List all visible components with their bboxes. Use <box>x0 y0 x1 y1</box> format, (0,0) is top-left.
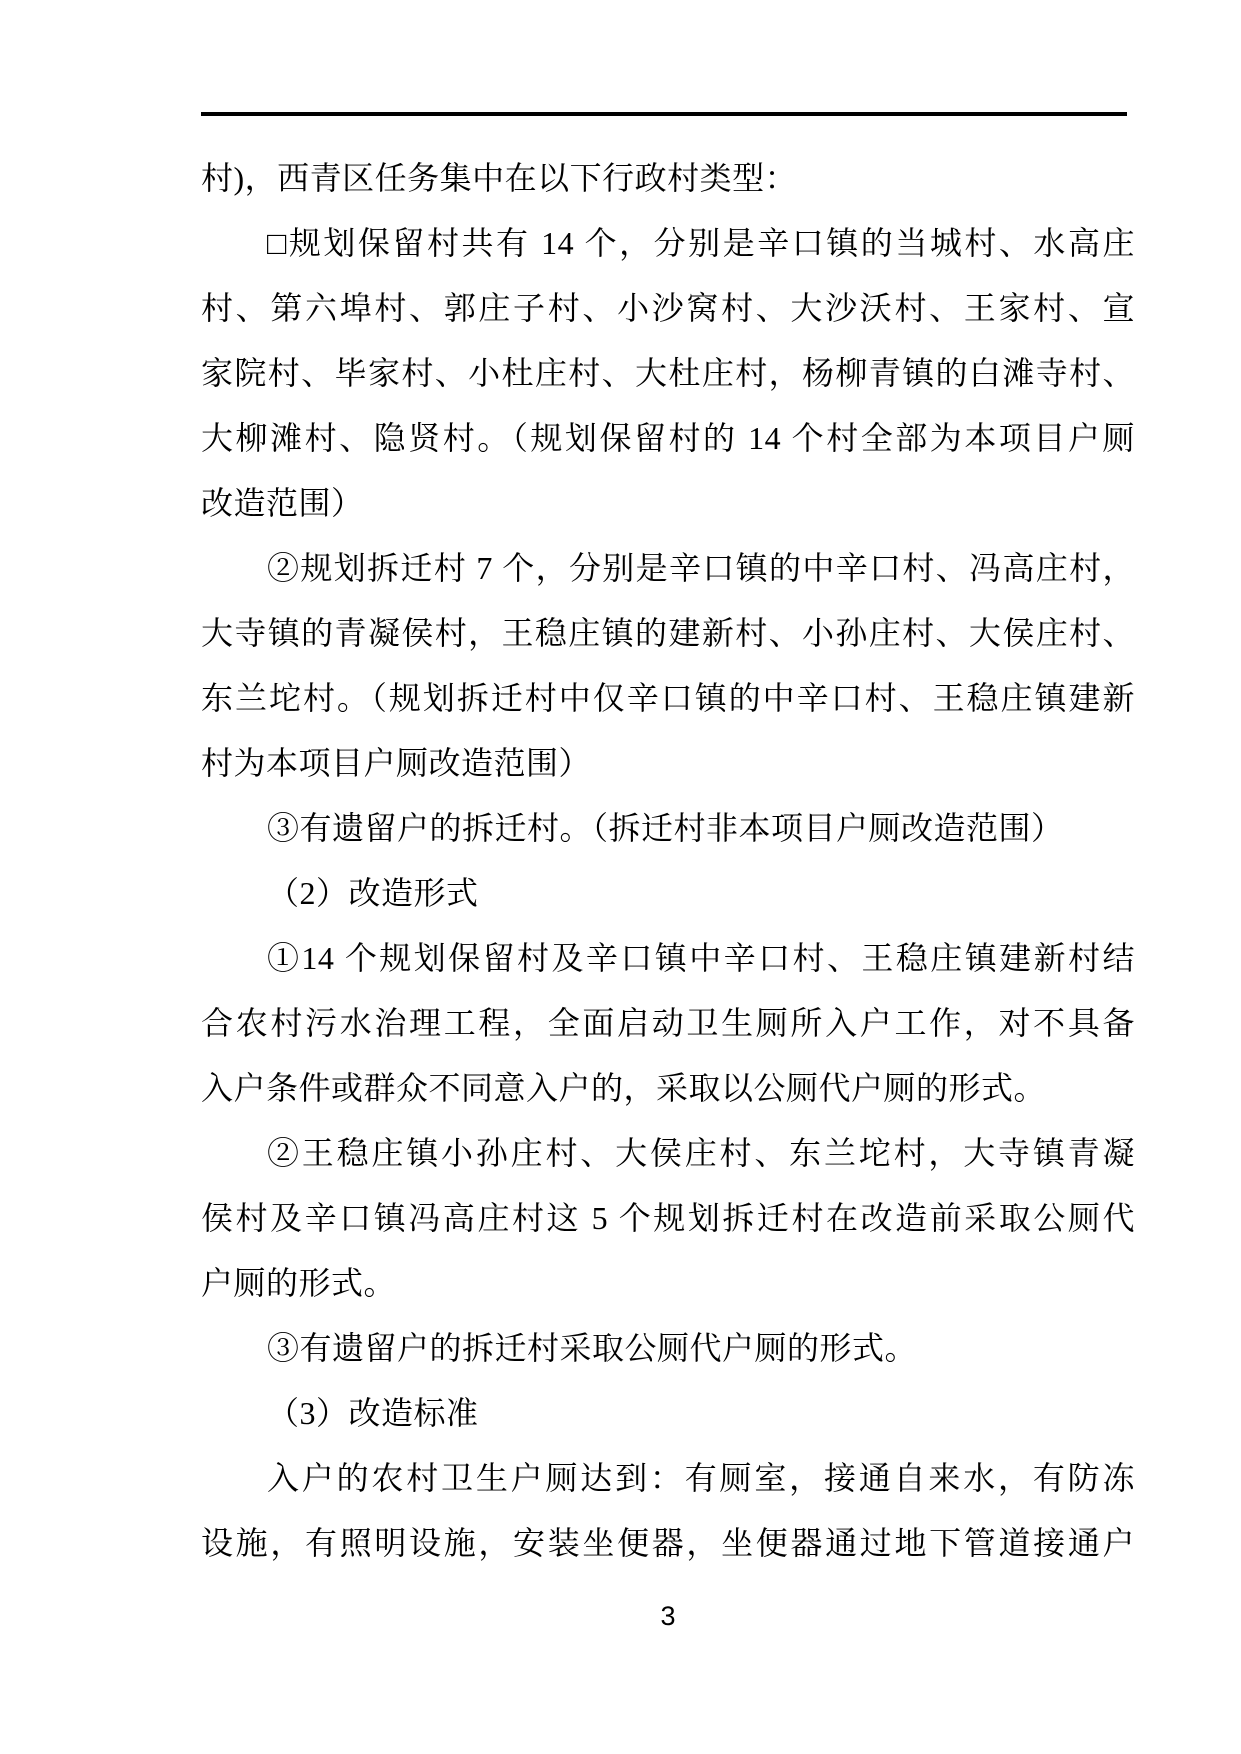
text-line: ①14 个规划保留村及辛口镇中辛口村、王稳庄镇建新村结 <box>201 926 1135 991</box>
text-line: ③有遗留户的拆迁村。（拆迁村非本项目户厕改造范围） <box>201 796 1135 861</box>
text-line: ②规划拆迁村 7 个，分别是辛口镇的中辛口村、冯高庄村， <box>201 536 1135 601</box>
header-rule <box>201 112 1127 116</box>
page-number: 3 <box>201 1596 1135 1636</box>
text-line: 大寺镇的青凝侯村，王稳庄镇的建新村、小孙庄村、大侯庄村、 <box>201 601 1135 666</box>
text-line: （2）改造形式 <box>201 861 1135 926</box>
text-line: ②王稳庄镇小孙庄村、大侯庄村、东兰坨村，大寺镇青凝 <box>201 1121 1135 1186</box>
text-line: （3）改造标准 <box>201 1381 1135 1446</box>
text-line: ③有遗留户的拆迁村采取公厕代户厕的形式。 <box>201 1316 1135 1381</box>
text-line: 村)，西青区任务集中在以下行政村类型： <box>201 146 1135 211</box>
text-line: 家院村、毕家村、小杜庄村、大杜庄村，杨柳青镇的白滩寺村、 <box>201 341 1135 406</box>
text-line: □规划保留村共有 14 个，分别是辛口镇的当城村、水高庄 <box>201 211 1135 276</box>
text-line: 设施，有照明设施，安装坐便器，坐便器通过地下管道接通户 <box>201 1511 1135 1576</box>
text-line: 大柳滩村、隐贤村。（规划保留村的 14 个村全部为本项目户厕 <box>201 406 1135 471</box>
text-line: 入户的农村卫生户厕达到：有厕室，接通自来水，有防冻 <box>201 1446 1135 1511</box>
text-line: 户厕的形式。 <box>201 1251 1135 1316</box>
document-page: 村)，西青区任务集中在以下行政村类型：□规划保留村共有 14 个，分别是辛口镇的… <box>0 0 1241 1754</box>
text-line: 改造范围） <box>201 471 1135 536</box>
text-line: 入户条件或群众不同意入户的，采取以公厕代户厕的形式。 <box>201 1056 1135 1121</box>
text-line: 村、第六埠村、郭庄子村、小沙窝村、大沙沃村、王家村、宣 <box>201 276 1135 341</box>
text-line: 村为本项目户厕改造范围） <box>201 731 1135 796</box>
text-line: 东兰坨村。（规划拆迁村中仅辛口镇的中辛口村、王稳庄镇建新 <box>201 666 1135 731</box>
document-body: 村)，西青区任务集中在以下行政村类型：□规划保留村共有 14 个，分别是辛口镇的… <box>201 146 1135 1576</box>
text-line: 合农村污水治理工程，全面启动卫生厕所入户工作，对不具备 <box>201 991 1135 1056</box>
text-line: 侯村及辛口镇冯高庄村这 5 个规划拆迁村在改造前采取公厕代 <box>201 1186 1135 1251</box>
